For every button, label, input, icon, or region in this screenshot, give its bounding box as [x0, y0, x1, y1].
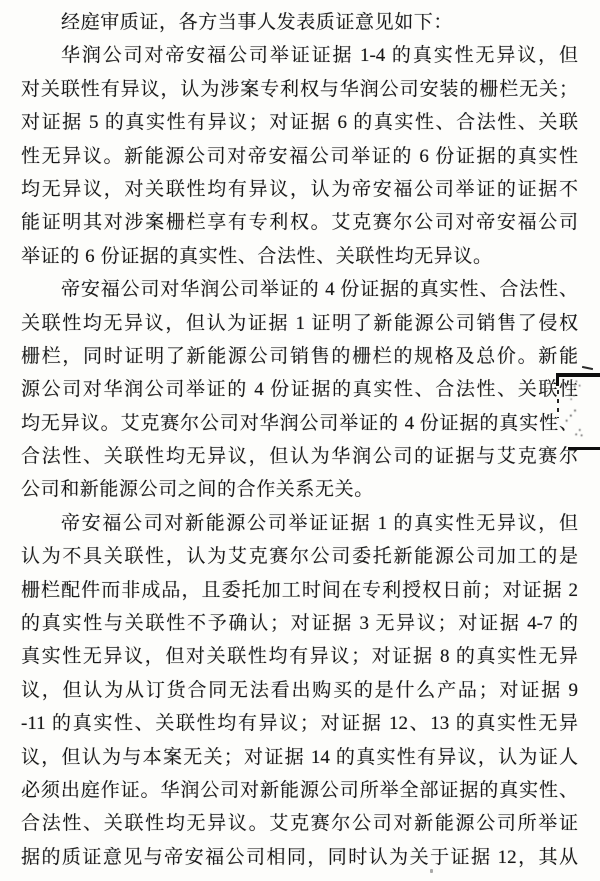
body-text: 经庭审质证，各方当事人发表质证意见如下： 华润公司对帝安福公司举证证据 1-4 …	[21, 6, 578, 874]
text-line: 议，但认为与本案无关；对证据 14 的真实性有异议，认为证人	[21, 741, 578, 774]
text-line: 帝安福公司对新能源公司举证证据 1 的真实性无异议，但	[21, 507, 578, 540]
text-line: 关联性均无异议，但认为证据 1 证明了新能源公司销售了侵权	[21, 307, 578, 340]
text-line: 对关联性有异议，认为涉案专利权与华润公司安装的栅栏无关；	[21, 73, 578, 106]
paragraph: 华润公司对帝安福公司举证证据 1-4 的真实性无异议，但 对关联性有异议，认为涉…	[21, 39, 578, 273]
text-line: 经庭审质证，各方当事人发表质证意见如下：	[21, 6, 578, 39]
text-line: 栅栏配件而非成品，且委托加工时间在专利授权日前；对证据 2	[21, 574, 578, 607]
stamp-ink-tick	[582, 366, 593, 370]
text-line: 真实性无异议，但对关联性均有异议；对证据 8 的真实性无异	[21, 640, 578, 673]
text-line: 均无异议，对关联性均有异议，认为帝安福公司举证的证据不	[21, 173, 578, 206]
text-line: 均无异议。艾克赛尔公司对华润公司举证的 4 份证据的真实性、	[21, 407, 578, 440]
paragraph: 帝安福公司对新能源公司举证证据 1 的真实性无异议，但 认为不具关联性，认为艾克…	[21, 507, 578, 874]
scan-speck	[430, 869, 433, 873]
text-line: 合法性、关联性均无异议。艾克赛尔公司对新能源公司所举证	[21, 807, 578, 840]
text-line: 栅栏，同时证明了新能源公司销售的栅栏的规格及总价。新能	[21, 340, 578, 373]
text-line: 据的质证意见与帝安福公司相同，同时认为关于证据 12，其从	[21, 841, 578, 874]
text-line: -11 的真实性、关联性均有异议；对证据 12、13 的真实性无异	[21, 707, 578, 740]
paragraph: 经庭审质证，各方当事人发表质证意见如下：	[21, 6, 578, 39]
text-line: 源公司对华润公司举证的 4 份证据的真实性、合法性、关联性	[21, 373, 578, 406]
text-line: 对证据 5 的真实性有异议；对证据 6 的真实性、合法性、关联	[21, 106, 578, 139]
text-line: 性无异议。新能源公司对帝安福公司举证的 6 份证据的真实性	[21, 140, 578, 173]
text-line: 华润公司对帝安福公司举证证据 1-4 的真实性无异议，但	[21, 39, 578, 72]
scanned-document-page: 经庭审质证，各方当事人发表质证意见如下： 华润公司对帝安福公司举证证据 1-4 …	[0, 0, 600, 881]
text-line: 能证明其对涉案栅栏享有专利权。艾克赛尔公司对帝安福公司	[21, 206, 578, 239]
text-line: 必须出庭作证。华润公司对新能源公司所举全部证据的真实性、	[21, 774, 578, 807]
text-line: 公司和新能源公司之间的合作关系无关。	[21, 473, 578, 506]
text-line: 合法性、关联性均无异议，但认为华润公司的证据与艾克赛尔	[21, 440, 578, 473]
text-line: 举证的 6 份证据的真实性、合法性、关联性均无异议。	[21, 240, 578, 273]
text-line: 议，但认为从订货合同无法看出购买的是什么产品；对证据 9	[21, 674, 578, 707]
text-line: 帝安福公司对华润公司举证的 4 份证据的真实性、合法性、	[21, 273, 578, 306]
text-line: 认为不具关联性，认为艾克赛尔公司委托新能源公司加工的是	[21, 540, 578, 573]
paragraph: 帝安福公司对华润公司举证的 4 份证据的真实性、合法性、 关联性均无异议，但认为…	[21, 273, 578, 507]
text-line: 的真实性与关联性不予确认；对证据 3 无异议；对证据 4-7 的	[21, 607, 578, 640]
